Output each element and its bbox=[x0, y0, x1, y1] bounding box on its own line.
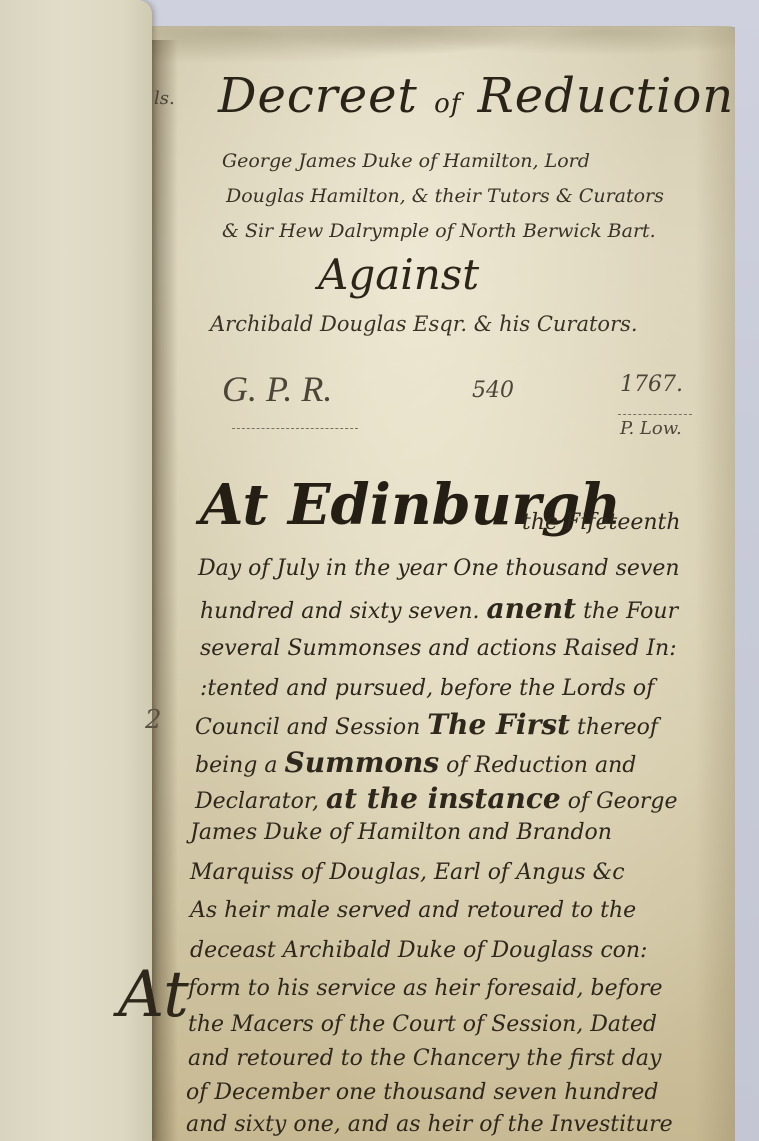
title-word-decreet: Decreet bbox=[218, 68, 418, 124]
margin-note-top: ls. bbox=[154, 88, 175, 109]
body-line-8: Declarator, at the instance of George bbox=[195, 782, 678, 815]
body-line-10: Marquiss of Douglas, Earl of Angus &c bbox=[190, 860, 625, 885]
body-line-7: being a Summons of Reduction and bbox=[195, 746, 636, 779]
initials-underline bbox=[232, 428, 358, 429]
body-line-3: hundred and sixty seven. anent the Four bbox=[200, 592, 678, 625]
body-line-11: As heir male served and retoured to the bbox=[190, 898, 636, 923]
title-word-of: of bbox=[434, 89, 461, 119]
margin-initial-at: At bbox=[118, 958, 189, 1032]
emphasis-at-the-instance: at the instance bbox=[326, 782, 561, 815]
body-line-15: and retoured to the Chancery the first d… bbox=[188, 1046, 661, 1071]
against-heading: Against bbox=[318, 250, 479, 299]
pursuers-line-2: Douglas Hamilton, & their Tutors & Curat… bbox=[226, 185, 664, 207]
body-line-4: several Summonses and actions Raised In: bbox=[200, 636, 677, 661]
body-line-17: and sixty one, and as heir of the Invest… bbox=[186, 1112, 673, 1137]
reference-initials: G. P. R. bbox=[222, 368, 332, 410]
emphasis-the-first: The First bbox=[427, 708, 570, 741]
margin-number-2: 2 bbox=[145, 705, 162, 735]
reference-year: 1767. bbox=[620, 372, 683, 397]
body-line-6: Council and Session The First thereof bbox=[195, 708, 658, 741]
pursuers-line-3: & Sir Hew Dalrymple of North Berwick Bar… bbox=[222, 220, 656, 242]
body-line-13: form to his service as heir foresaid, be… bbox=[188, 976, 663, 1001]
body-line-12: deceast Archibald Duke of Douglass con: bbox=[190, 938, 647, 963]
pursuers-line-1: George James Duke of Hamilton, Lord bbox=[222, 150, 590, 172]
title-word-reduction: Reduction bbox=[478, 68, 735, 124]
clerk-name: P. Low. bbox=[620, 418, 682, 439]
body-line-1: the Fifeteenth bbox=[522, 510, 681, 535]
defender-line: Archibald Douglas Esqr. & his Curators. bbox=[210, 312, 638, 336]
body-line-14: the Macers of the Court of Session, Date… bbox=[188, 1012, 657, 1037]
reference-number: 540 bbox=[472, 378, 514, 403]
document-title: Decreet of Reduction bbox=[218, 68, 734, 124]
body-line-9: James Duke of Hamilton and Brandon bbox=[190, 820, 612, 845]
year-underline bbox=[618, 414, 692, 415]
photo-scene: ls. Decreet of Reduction George James Du… bbox=[0, 0, 759, 1141]
emphasis-summons: Summons bbox=[285, 746, 440, 779]
body-line-16: of December one thousand seven hundred bbox=[186, 1080, 658, 1105]
body-line-5: :tented and pursued, before the Lords of bbox=[200, 676, 654, 701]
body-line-2: Day of July in the year One thousand sev… bbox=[198, 556, 680, 581]
emphasis-anent: anent bbox=[486, 592, 576, 625]
